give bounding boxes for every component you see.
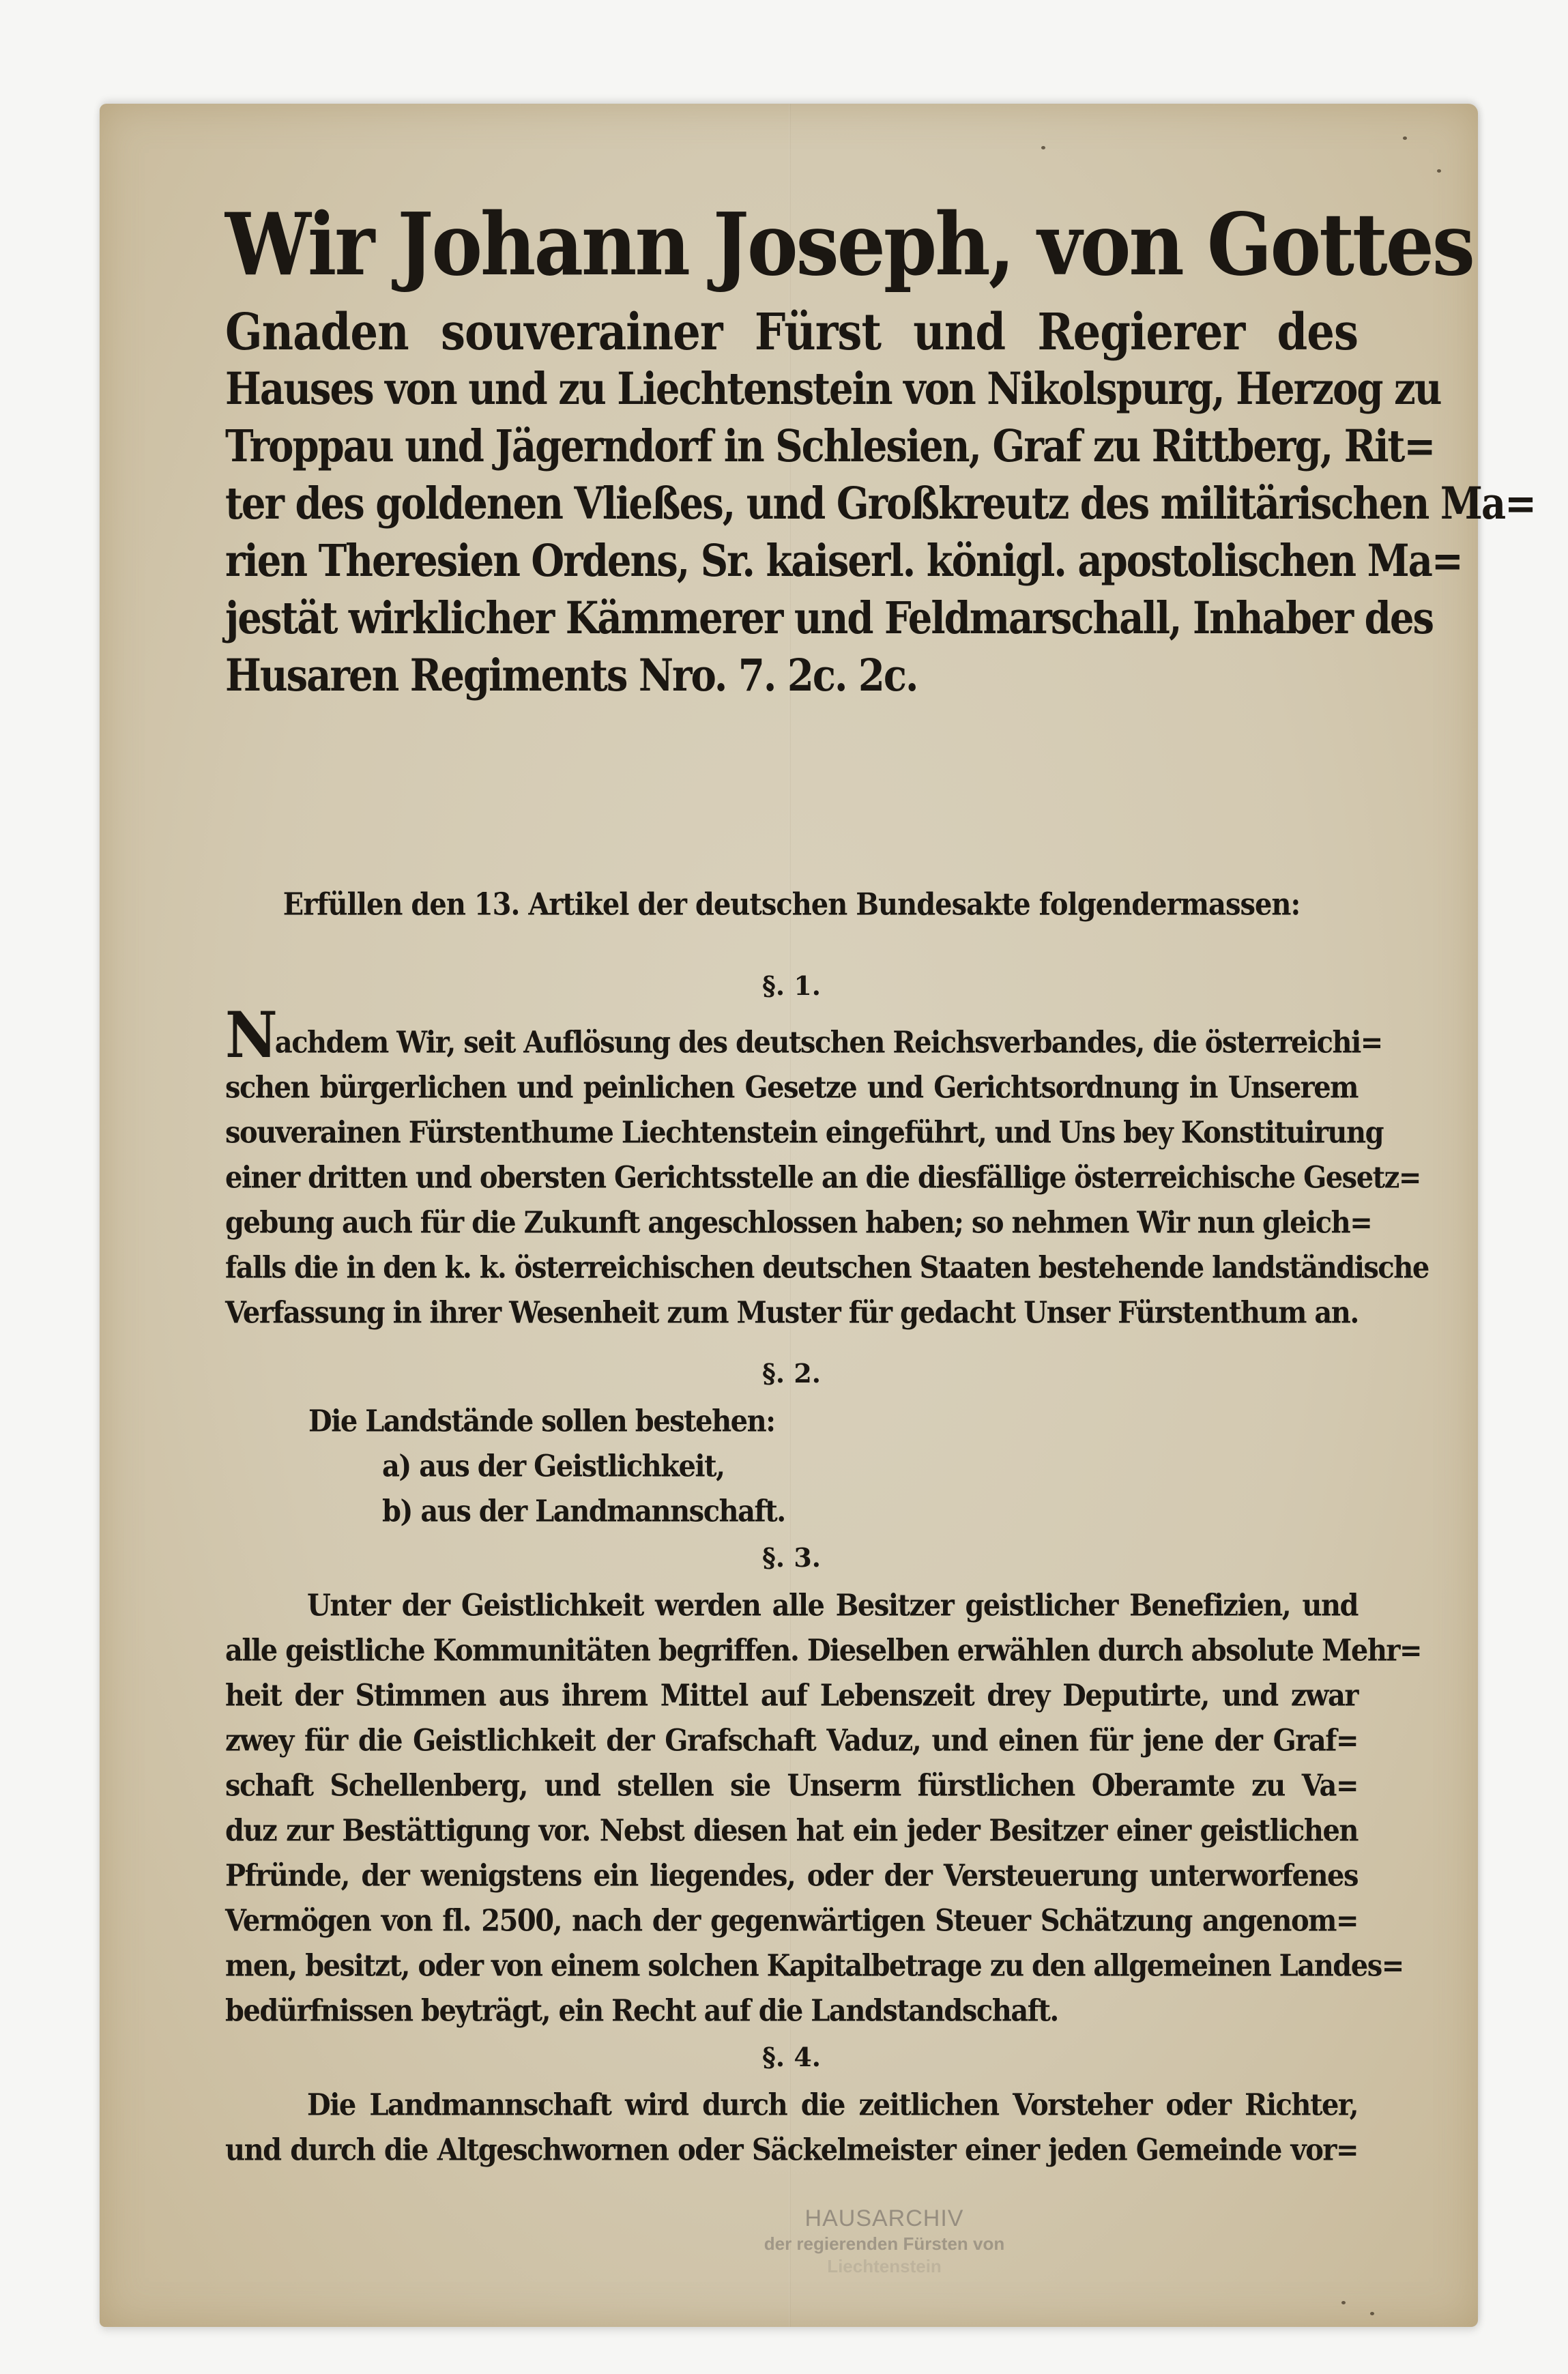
text-line: und durch die Altgeschwornen oder Säckel…: [225, 2126, 1358, 2175]
text-line: gebung auch für die Zukunft angeschlosse…: [225, 1198, 1358, 1248]
stamp-line-2: der regierenden Fürsten von: [734, 2233, 1034, 2255]
title-line: jestät wirklicher Kämmerer und Feldmarsc…: [225, 585, 1358, 652]
title-line: Gnaden souverainer Fürst und Regierer de…: [225, 302, 1358, 364]
section-heading-4: §. 4.: [225, 2042, 1358, 2072]
title-line: Husaren Regiments Nro. 7. 2c. 2c.: [225, 643, 1358, 709]
paper-spot: [1403, 136, 1407, 140]
text-line: alle geistliche Kommunitäten begriffen. …: [225, 1626, 1358, 1676]
text-line: Vermögen von fl. 2500, nach der gegenwär…: [225, 1896, 1358, 1946]
text-line: Die Landmannschaft wird durch die zeitli…: [225, 2081, 1358, 2130]
text-line: Nachdem Wir, seit Auflösung des deutsche…: [225, 1013, 1358, 1067]
title-line: rien Theresien Ordens, Sr. kaiserl. köni…: [225, 528, 1358, 594]
text-line: bedürfnissen beyträgt, ein Recht auf die…: [225, 1986, 1358, 2036]
archive-stamp: HAUSARCHIV der regierenden Fürsten von L…: [734, 2205, 1034, 2277]
section-heading-2: §. 2.: [225, 1358, 1358, 1389]
text-line: men, besitzt, oder von einem solchen Kap…: [225, 1941, 1358, 1991]
list-item: a) aus der Geistlichkeit,: [225, 1442, 1358, 1492]
section-4-body: Die Landmannschaft wird durch die zeitli…: [225, 2083, 1358, 2173]
title-line: Hauses von und zu Liechtenstein von Niko…: [225, 356, 1358, 422]
title-line: Troppau und Jägerndorf in Schlesien, Gra…: [225, 414, 1358, 480]
text-line: zwey für die Geistlichkeit der Grafschaf…: [225, 1716, 1358, 1766]
stamp-line-1: HAUSARCHIV: [734, 2205, 1034, 2232]
text-line: Verfassung in ihrer Wesenheit zum Muster…: [225, 1288, 1358, 1338]
text-line: Unter der Geistlichkeit werden alle Besi…: [225, 1581, 1358, 1631]
stamp-line-3: Liechtenstein: [734, 2256, 1034, 2277]
section-heading-1: §. 1.: [225, 970, 1358, 1001]
text-line: duz zur Bestättigung vor. Nebst diesen h…: [225, 1806, 1358, 1856]
section-2-body: Die Landstände sollen bestehen: a) aus d…: [225, 1399, 1358, 1534]
section-1-body: Nachdem Wir, seit Auflösung des deutsche…: [225, 1015, 1358, 1335]
title-line: ter des goldenen Vließes, und Großkreutz…: [225, 471, 1358, 537]
title-line: Wir Johann Joseph, von Gottes: [225, 195, 1358, 295]
paper-spot: [1437, 169, 1441, 173]
section-heading-3: §. 3.: [225, 1542, 1358, 1573]
text-line: einer dritten und obersten Gerichtsstell…: [225, 1153, 1358, 1203]
text-line: schaft Schellenberg, und stellen sie Uns…: [225, 1761, 1358, 1811]
list-item: b) aus der Landmannschaft.: [225, 1487, 1358, 1537]
drop-cap: N: [225, 998, 275, 1072]
decree-title: Wir Johann Joseph, von Gottes Gnaden sou…: [225, 206, 1358, 704]
text-line: Die Landstände sollen bestehen:: [225, 1397, 1358, 1447]
text-line: heit der Stimmen aus ihrem Mittel auf Le…: [225, 1671, 1358, 1721]
preamble: Erfüllen den 13. Artikel der deutschen B…: [225, 886, 1358, 923]
document-sheet: Wir Johann Joseph, von Gottes Gnaden sou…: [100, 104, 1478, 2327]
text-line: Pfründe, der wenigstens ein liegendes, o…: [225, 1851, 1358, 1901]
text-line: falls die in den k. k. österreichischen …: [225, 1243, 1358, 1293]
paper-spot: [1041, 146, 1045, 149]
section-3-body: Unter der Geistlichkeit werden alle Besi…: [225, 1583, 1358, 2033]
text-line: schen bürgerlichen und peinlichen Gesetz…: [225, 1063, 1358, 1113]
paper-spot: [1341, 2301, 1346, 2304]
text-line: souverainen Fürstenthume Liechtenstein e…: [225, 1108, 1358, 1158]
paper-spot: [1370, 2312, 1374, 2315]
